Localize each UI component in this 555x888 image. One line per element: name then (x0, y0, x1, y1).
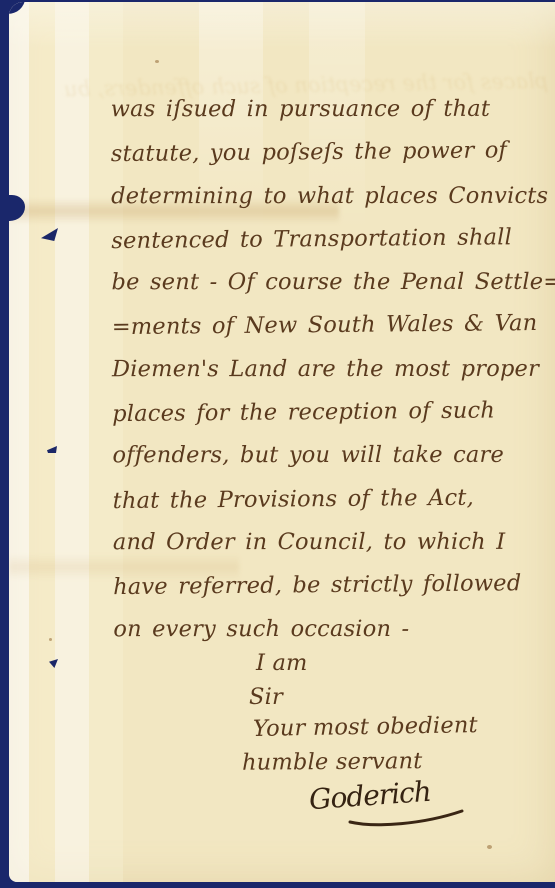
letter-line: =ments of New South Wales & Van (112, 302, 555, 350)
letter-line: places for the reception of such (112, 389, 555, 437)
letter-line: be sent - Of course the Penal Settle= (112, 261, 555, 305)
letter-line: Diemen's Land are the most proper (112, 348, 555, 392)
letter-line: and Order in Council, to which I (113, 521, 555, 565)
letter-line: statute, you poſseſs the power of (111, 129, 554, 177)
paper-hole (41, 228, 58, 241)
photo-backdrop: places for the reception of such offende… (0, 0, 555, 888)
signature-underline (346, 806, 468, 830)
fox-spot (49, 638, 52, 641)
letter-line: have referred, be strictly followed (113, 562, 555, 610)
closing-line: Your most obedient (253, 712, 478, 742)
paper-band (9, 2, 29, 882)
letter-line: offenders, but you will take care (112, 434, 555, 478)
closing-line: humble servant (242, 748, 423, 776)
fox-spot (155, 60, 159, 63)
letter-line: sentenced to Transportation shall (111, 216, 554, 264)
paper-band (29, 2, 55, 882)
letter-line: determining to what places Convicts (111, 174, 554, 218)
paper-band (9, 2, 555, 48)
fox-spot (487, 845, 492, 849)
closing-line: I am (256, 650, 308, 676)
letter-line: on every such occasion - (113, 607, 555, 651)
closing-line: Sir (249, 684, 283, 710)
paper-hole (47, 446, 57, 453)
letter-line: that the Provisions of the Act, (112, 476, 555, 524)
paper-hole (49, 659, 58, 668)
letter-page: places for the reception of such offende… (9, 2, 555, 882)
corner-nick (9, 2, 25, 14)
letter-body: was iſsued in pursuance of that statute,… (111, 87, 555, 652)
letter-line: was iſsued in pursuance of that (111, 88, 554, 132)
